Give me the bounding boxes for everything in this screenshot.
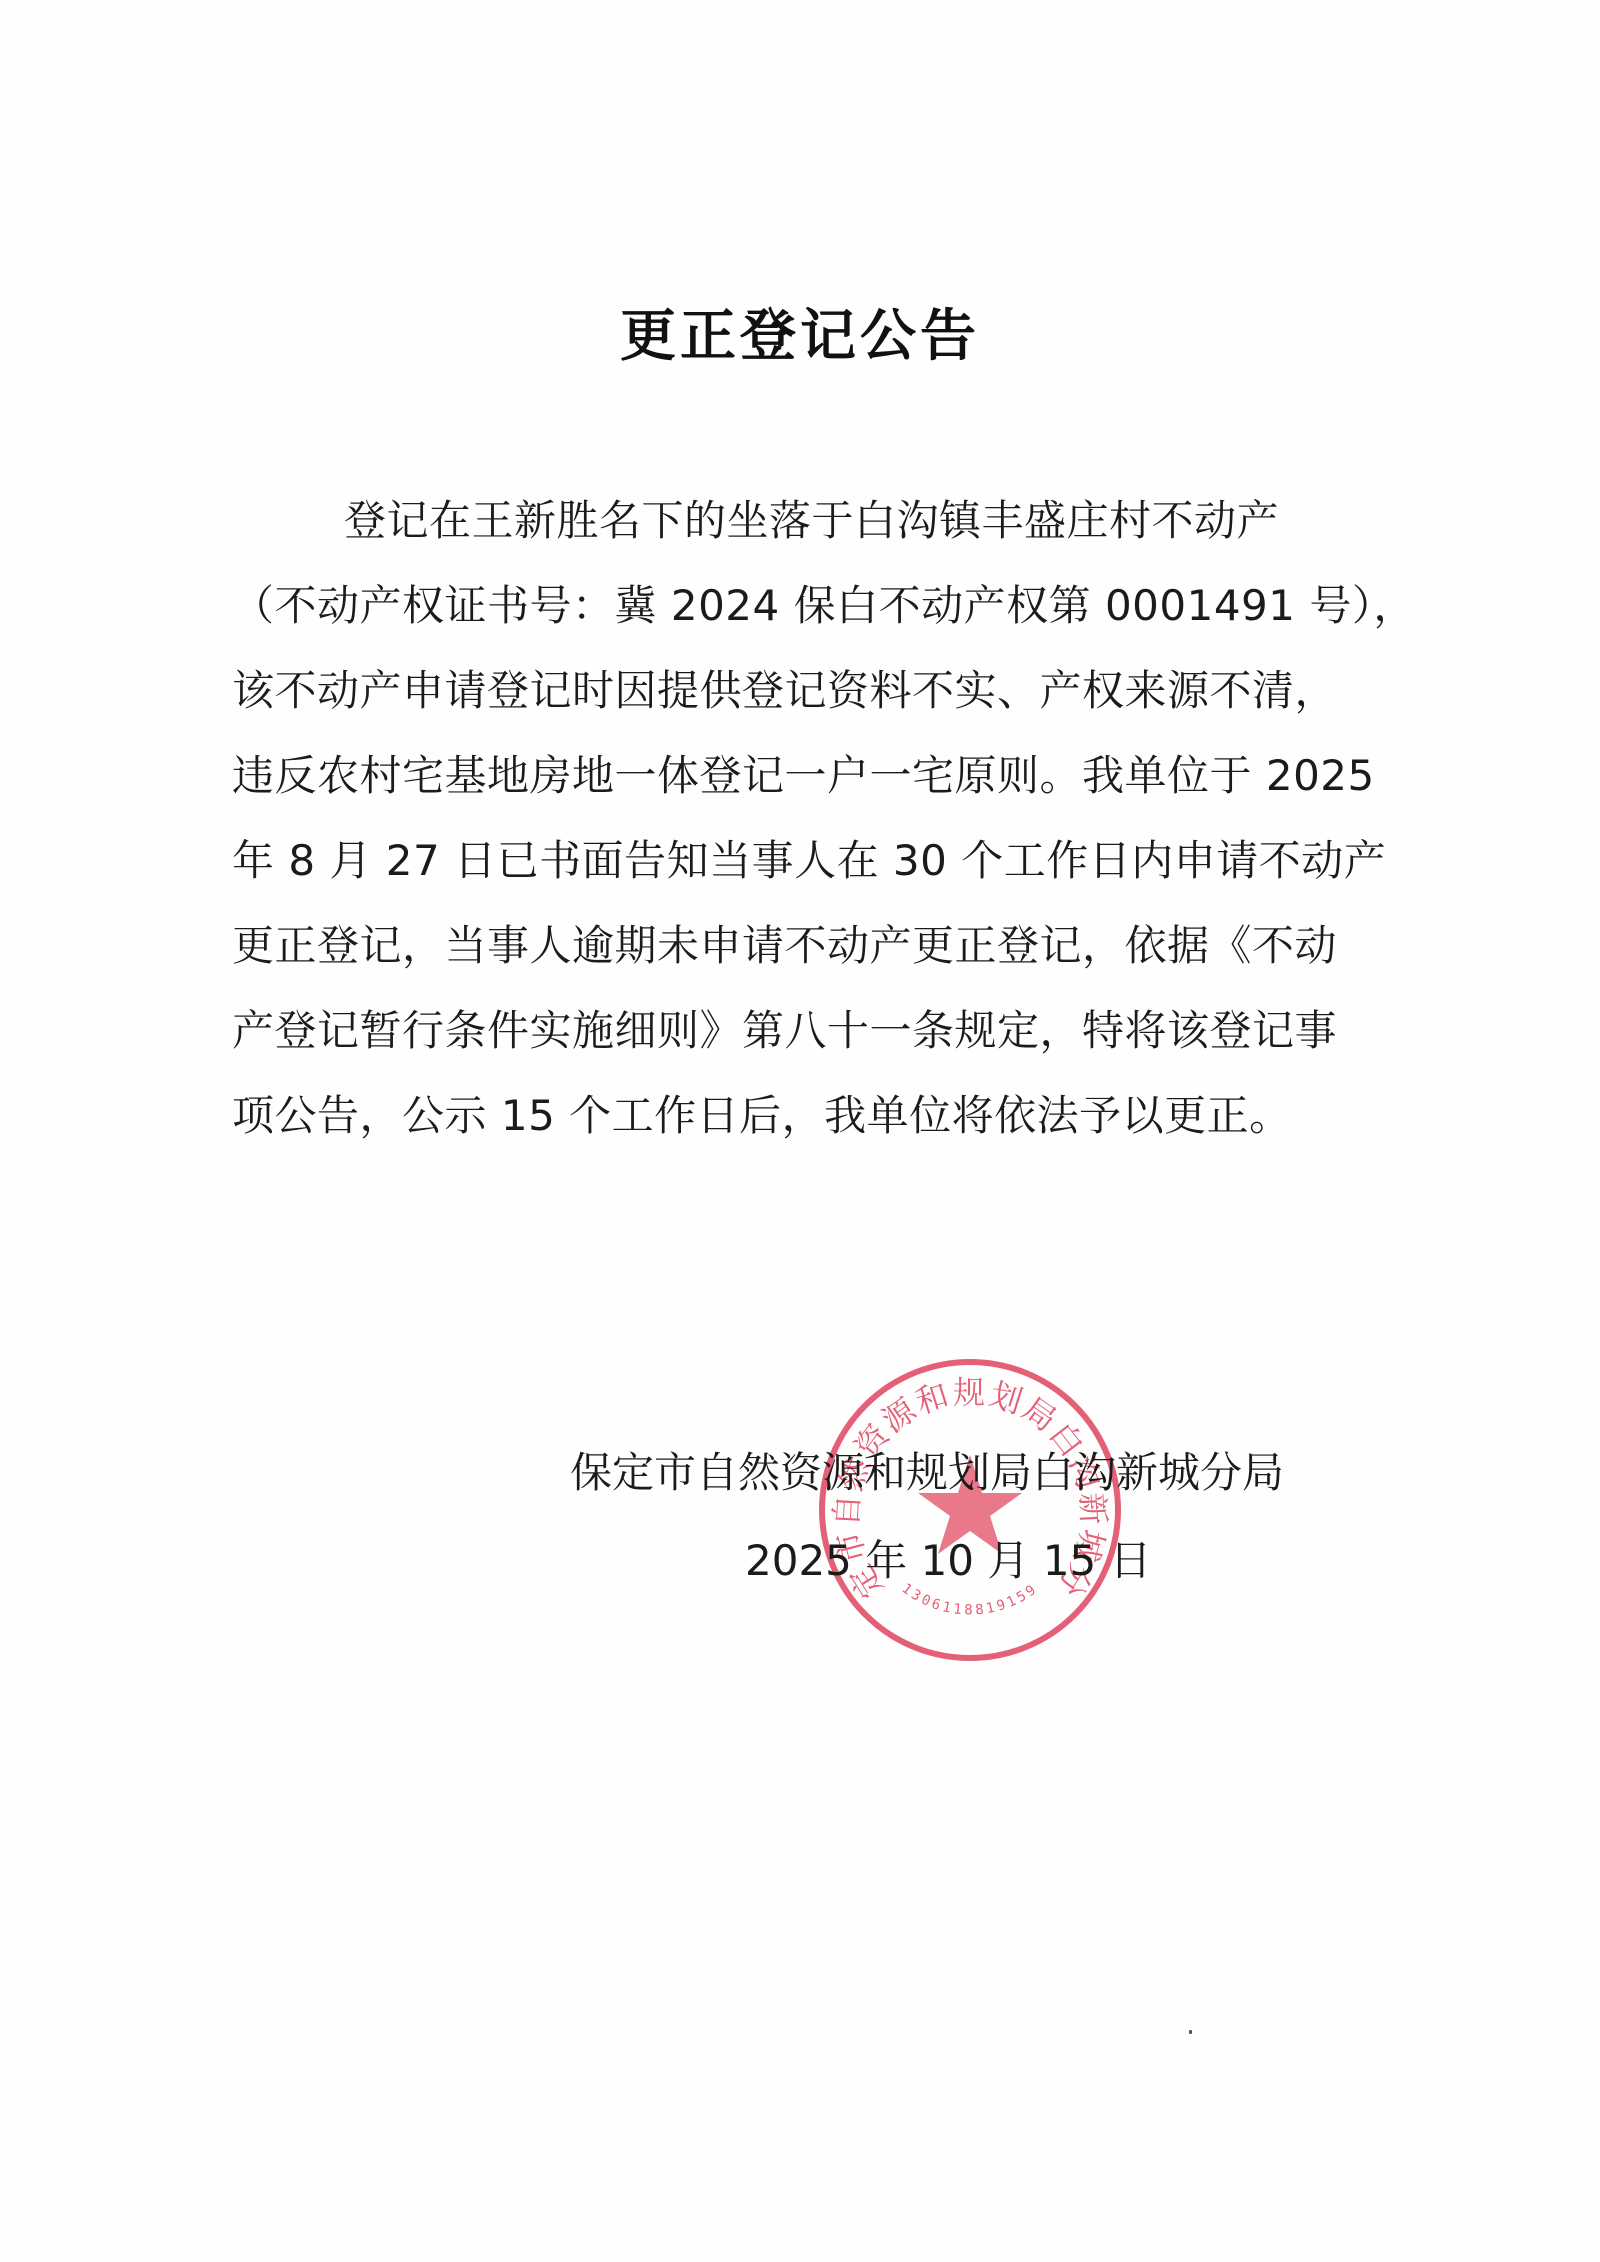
document-page: 更正登记公告 登记在王新胜名下的坐落于白沟镇丰盛庄村不动产 （不动产权证书号：冀…	[0, 0, 1600, 2262]
body-line: 违反农村宅基地房地一体登记一户一宅原则。我单位于 2025	[232, 733, 1402, 818]
issuing-authority: 保定市自然资源和规划局白沟新城分局	[570, 1440, 1284, 1500]
body-line: 该不动产申请登记时因提供登记资料不实、产权来源不清，	[232, 648, 1402, 733]
official-seal-stamp-icon: 保定市自然资源和规划局白沟新城分局 1306118819159	[815, 1355, 1125, 1665]
body-line: 更正登记，当事人逾期未申请不动产更正登记，依据《不动	[232, 903, 1402, 988]
scan-speck	[1189, 2030, 1192, 2034]
issue-date: 2025 年 10 月 15 日	[745, 1528, 1152, 1588]
body-line: 年 8 月 27 日已书面告知当事人在 30 个工作日内申请不动产	[232, 818, 1402, 903]
body-line: 登记在王新胜名下的坐落于白沟镇丰盛庄村不动产	[232, 478, 1402, 563]
document-title: 更正登记公告	[0, 292, 1600, 372]
announcement-body: 登记在王新胜名下的坐落于白沟镇丰盛庄村不动产 （不动产权证书号：冀 2024 保…	[232, 478, 1402, 1158]
body-line: 产登记暂行条件实施细则》第八十一条规定，特将该登记事	[232, 988, 1402, 1073]
body-line: 项公告，公示 15 个工作日后，我单位将依法予以更正。	[232, 1073, 1402, 1158]
body-line: （不动产权证书号：冀 2024 保白不动产权第 0001491 号），	[232, 563, 1402, 648]
